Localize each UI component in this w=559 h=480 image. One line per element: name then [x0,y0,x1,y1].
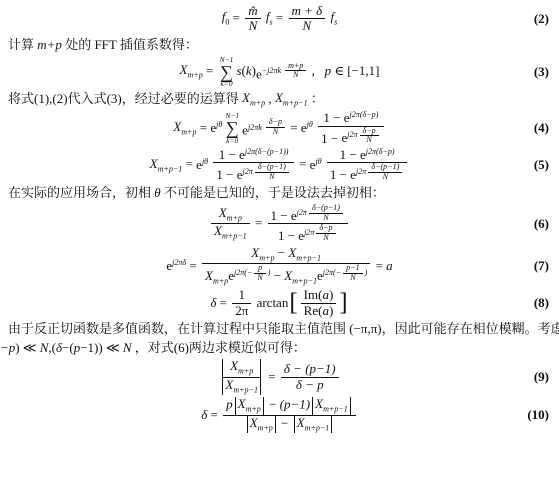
math-variable: N [245,18,260,33]
equation-2: f0 = m̂N fs = m + δN fs (2) [0,4,559,34]
math-variable: j2π [304,229,314,238]
math-group: 1 − ej2πδ−(p−1)N [327,162,407,182]
math-variable: m+p−1 [305,423,330,432]
math-text: 1 − [340,147,360,162]
math-variable: X [180,62,188,77]
math-fraction: δ−pN [316,224,335,243]
math-scripted: Xm+p−1 [284,268,317,283]
math-text: ) [329,287,333,302]
equation-3: Xm+p = N−1∑k=0s(k)e−j2πk m+pN , p ∈ [−1,… [0,56,559,89]
math-variable: δ − (p−1) [281,362,339,376]
math-variable: p [226,397,233,412]
math-scripted: Xm+p [242,91,265,108]
math-scripted: Xm+p [251,245,274,260]
math-group: Xm+p = N−1∑k=0s(k)e−j2πk m+pN , p ∈ [−1,… [180,56,380,89]
math-variable: N [309,213,343,223]
math-group: Xm+p − Xm+p−1 [202,246,370,263]
equation-8: δ = 12π arctan[Im(a)Re(a)] (8) [0,288,559,318]
math-scripted: ej2π(−pN) [228,268,270,283]
math-group: pXm+p − (p−1)Xm+p−1 [223,397,356,414]
math-group: j2π(−p−1N) [323,264,368,283]
math-text: , [308,64,324,79]
math-variable: N [254,273,265,283]
math-text: −( [62,341,74,356]
paragraph-compute-fft-text: 计算 m+p 处的 FFT 插值系数得： [8,37,198,52]
math-fraction: m + δN [289,4,326,34]
math-scripted: Xm+p [180,63,203,80]
math-fraction: δ−(p−1)N [255,163,289,182]
math-fraction: pN [254,264,265,283]
math-group: Xm+p − Xm+p−1 [223,415,356,433]
equation-7-formula: ej2πδ = Xm+p − Xm+p−1Xm+pej2π(−pN) − Xm+… [166,246,392,287]
math-variable: j2πk [248,123,264,132]
math-variable: N [40,341,49,356]
math-text: ) [329,303,333,318]
math-variable: m + δ [289,4,326,18]
math-variable: m+p−1 [233,385,258,394]
math-variable: N [368,172,402,182]
math-scripted: Xm+p [250,415,273,430]
math-scripted: e−j2πk m+pN [256,62,308,83]
math-group: −p) ≪ N,(δ−(p−1)) ≪ N ，对式(6)两边求模近似可得： [0,341,306,356]
math-variable: m+p [259,253,274,262]
math-variable: m+p [258,423,273,432]
paragraph-initial-phase: 在实际的应用场合，初相 θ 不可能是已知的，于是设法去掉初相： [0,185,559,201]
math-fraction: δ−pN [360,127,379,146]
math-text: = [197,121,211,136]
math-variable: m+p [246,405,261,414]
math-text: 处的 FFT 插值系数得： [62,38,198,53]
math-text: Re( [304,303,323,318]
math-variable: N [123,341,132,356]
equation-9: Xm+pXm+p−1 = δ − (p−1)δ − p (9) [0,359,559,395]
math-text: − [270,268,284,283]
math-variable: X [250,415,258,430]
math-scripted: Xm+p [238,396,261,411]
math-variable: δ−p [316,224,335,233]
math-variable: δ−(p−1) [368,163,402,172]
absolute-value: Xm+p−1 [312,397,351,414]
math-group: j2πδ−(p−1)N [297,204,345,223]
equation-9-formula: Xm+pXm+p−1 = δ − (p−1)δ − p [218,359,340,395]
math-group: 由于反正切函数是多值函数，在计算过程中只能取主值范围 (−π,π)，因此可能存在… [8,322,559,337]
math-scripted: f0 [222,10,230,27]
math-text: , [265,92,275,107]
equation-2-number: (2) [534,11,549,27]
math-variable: X [150,156,158,171]
equation-3-formula: Xm+p = N−1∑k=0s(k)e−j2πk m+pN , p ∈ [−1,… [180,56,380,89]
math-scripted: ejθ [210,120,222,136]
paragraph-initial-phase-text: 在实际的应用场合，初相 θ 不可能是已知的，于是设法去掉初相： [8,185,385,200]
math-variable: j2π(δ−p) [366,147,395,156]
equation-4-number: (4) [534,120,549,136]
math-variable: N [360,135,379,145]
equation-5-formula: Xm+p−1 = ejθ 1 − ej2π(δ−(p−1))1 − ej2πδ−… [150,148,410,183]
math-text: = [207,408,221,423]
absolute-value: Xm+p [235,397,264,414]
math-group: Im(a) [301,288,337,302]
math-group: ej2πδ = Xm+p − Xm+p−1Xm+pej2π(−pN) − Xm+… [166,246,392,287]
math-text: = [287,121,301,136]
math-group: Xm+pXm+p−1 = 1 − ej2πδ−(p−1)N1 − ej2πδ−p… [209,204,350,243]
math-scripted: Xm+p−1 [288,245,321,260]
math-scripted: ejθ [310,157,322,173]
math-variable: δ−(p−1) [309,204,343,213]
math-scripted: Xm+p [230,358,253,373]
math-scripted: ej2πδ−(p−1)N [350,167,404,182]
math-variable: m+p [37,38,62,53]
math-variable: a [386,259,393,274]
math-scripted: Xm+p [205,268,228,283]
math-text: = [216,296,230,311]
math-group: 1 − ej2π(δ−(p−1)) [213,148,293,162]
equation-10-formula: δ = pXm+p − (p−1)Xm+p−1Xm+p − Xm+p−1 [201,397,358,433]
math-text: 1 − [216,167,236,182]
math-group: 1 − ej2πδ−pN [268,223,348,243]
math-variable: X [205,268,213,283]
math-fraction: Im(a)Re(a) [301,288,337,318]
absolute-value: Xm+p [222,359,261,376]
math-variable: X [275,90,283,105]
math-variable: X [242,90,250,105]
math-text: − [266,397,280,412]
math-group: j2π(−pN) [234,264,270,283]
equation-6: Xm+pXm+p−1 = 1 − ej2πδ−(p−1)N1 − ej2πδ−p… [0,204,559,243]
math-fraction: δ−(p−1)N [309,204,343,223]
math-text: 1 − [271,208,291,223]
equation-6-number: (6) [534,216,549,232]
math-group: j2πδ−(p−1)N [243,163,291,182]
math-scripted: Xm+p−1 [225,377,258,392]
math-group: 计算 m+p 处的 FFT 插值系数得： [8,38,198,53]
math-variable: j2π(δ−(p−1)) [245,147,289,156]
math-group: −j2πk m+pN [262,62,309,81]
math-scripted: ej2π(−p−1N) [317,268,367,283]
math-text: arctan [253,296,288,311]
math-scripted: ej2πδ [166,258,186,274]
math-fraction: 1 − ej2π(δ−p)1 − ej2πδ−(p−1)N [327,148,407,183]
math-text: 由于反正切函数是多值函数，在计算过程中只能取主值范围 (−π,π)，因此可能存在… [8,322,559,337]
summation-symbol: N−1∑k=0 [225,112,239,145]
math-variable: m+p [188,71,203,80]
math-variable: j2π [356,168,366,177]
paragraph-approximation-condition-text: −p) ≪ N,(δ−(p−1)) ≪ N ，对式(6)两边求模近似可得： [0,340,306,355]
math-text: 1 − [330,167,350,182]
absolute-value: Xm+p−1 [222,377,261,395]
math-variable: j2π [347,131,357,140]
math-variable: X [238,396,246,411]
math-variable: j2π(δ−p) [350,110,379,119]
math-variable: m+p−1 [292,277,317,286]
math-text [322,157,325,172]
math-variable: m+p [238,367,253,376]
absolute-value: Xm+p−1 [294,416,333,433]
math-variable: m+p−1 [283,99,308,108]
math-fraction: δ−pN [266,118,285,137]
math-group: 1 − ej2πδ−(p−1)N [268,204,348,223]
math-fraction: pXm+p − (p−1)Xm+p−1Xm+p − Xm+p−1 [223,397,356,433]
math-scripted: Xm+p [173,120,196,137]
equation-9-number: (9) [534,369,549,385]
math-text: 1 − [321,130,341,145]
math-text: = [182,157,196,172]
math-variable: j2π(− [323,269,341,278]
math-text: ，对式(6)两边求模近似可得： [132,341,306,356]
math-scripted: ej2π(δ−p) [344,110,379,125]
math-variable: −p [0,341,15,356]
math-text: ) ≪ [15,341,39,356]
math-scripted: Xm+p−1 [297,415,330,430]
math-text: 2π [232,303,251,318]
equation-8-formula: δ = 12π arctan[Im(a)Re(a)] [210,288,348,318]
math-variable: −j2πk [262,66,283,75]
math-text: = [203,64,217,79]
math-text: = [186,259,200,274]
math-text: ,( [48,341,56,356]
math-scripted: ej2πk δ−pN [242,118,287,139]
math-group: j2πk δ−pN [248,118,287,137]
equation-7-number: (7) [534,258,549,274]
math-variable: m+p−1 [222,232,247,241]
math-fraction: Xm+pXm+p−1 [211,206,250,242]
math-group: j2πδ−pN [304,224,338,243]
math-fraction: 12π [232,288,251,318]
math-fraction: 1 − ej2π(δ−(p−1))1 − ej2πδ−(p−1)N [213,148,293,183]
math-scripted: ej2πδ−(p−1)N [291,208,345,223]
equation-7: ej2πδ = Xm+p − Xm+p−1Xm+pej2π(−pN) − Xm+… [0,246,559,287]
math-scripted: ej2πδ−pN [298,228,337,243]
math-text: = [296,157,310,172]
math-fraction: 1 − ej2πδ−(p−1)N1 − ej2πδ−pN [268,204,348,243]
math-text: 1 − [278,228,298,243]
math-text: = [265,370,279,385]
math-variable: N [255,172,289,182]
math-fraction: m̂N [245,4,260,34]
math-fraction: δ − (p−1)δ − p [281,362,339,392]
math-variable: δ−p [360,127,379,136]
math-text: 1 − [323,110,343,125]
math-scripted: ej2π(δ−p) [360,147,395,162]
math-variable: m̂ [245,4,260,18]
math-variable: j2πδ [172,258,186,267]
math-group: Xm+p−1 = ejθ 1 − ej2π(δ−(p−1))1 − ej2πδ−… [150,148,410,183]
math-group: δ = pXm+p − (p−1)Xm+p−1Xm+p − Xm+p−1 [201,397,358,433]
math-scripted: Xm+p−1 [315,396,348,411]
math-scripted: Xm+p−1 [211,223,250,241]
math-variable: X [214,223,222,238]
math-group: j2πδ−(p−1)N [356,163,404,182]
math-variable: jθ [216,120,222,129]
math-variable: X [297,415,305,430]
math-fraction: 1 − ej2π(δ−p)1 − ej2πδ−pN [318,111,384,146]
math-group: 1 − ej2πδ−(p−1)N [213,162,293,182]
math-scripted: Xm+p [211,206,250,223]
math-group: Xm+p = ejθN−1∑k=0ej2πk δ−pN = ejθ 1 − ej… [173,111,385,146]
paragraph-arctan-ambiguity: 由于反正切函数是多值函数，在计算过程中只能取主值范围 (−π,π)，因此可能存在… [0,321,559,337]
paper-page: f0 = m̂N fs = m + δN fs (2) 计算 m+p 处的 FF… [0,0,559,480]
equation-8-number: (8) [534,295,549,311]
math-scripted: fs [330,10,337,27]
paragraph-compute-fft: 计算 m+p 处的 FFT 插值系数得： [0,37,559,53]
math-text: 1 − [219,147,239,162]
equation-4: Xm+p = ejθN−1∑k=0ej2πk δ−pN = ejθ 1 − ej… [0,111,559,146]
math-group: δ = 12π arctan[Im(a)Re(a)] [210,288,348,318]
math-variable: δ−p [266,118,285,127]
math-text: 计算 [8,38,37,53]
math-variable: s [334,18,337,27]
math-variable: X [315,396,323,411]
math-group: j2πδ−pN [347,127,381,146]
math-text: 不可能是已知的，于是设法去掉初相： [161,186,385,201]
paragraph-arctan-ambiguity-text: 由于反正切函数是多值函数，在计算过程中只能取主值范围 (−π,π)，因此可能存在… [8,321,559,336]
math-variable: N [343,273,362,283]
math-variable: X [230,358,238,373]
math-variable: δ − p [281,377,339,392]
math-scripted: Xm+p−1 [275,91,308,108]
math-variable: δ−(p−1) [255,163,289,172]
equation-5: Xm+p−1 = ejθ 1 − ej2π(δ−(p−1))1 − ej2πδ−… [0,148,559,183]
math-text: Im( [304,287,323,302]
math-text: ∈ [−1,1] [331,64,379,79]
math-group: Re(a) [301,303,337,318]
math-text [208,157,211,172]
math-variable: m+p [250,99,265,108]
math-variable: m+p−1 [323,405,348,414]
equation-2-formula: f0 = m̂N fs = m + δN fs [222,4,337,34]
paragraph-substitute-text: 将式(1),(2)代入式(3)，经过必要的运算得 Xm+p , Xm+p−1 ： [8,91,324,106]
math-scripted: ejθ [301,120,313,136]
math-scripted: fs [266,10,273,27]
math-variable: m+p [181,128,196,137]
math-text: ： [308,92,324,107]
math-variable: j2π(− [234,269,252,278]
math-fraction: m+pN [285,62,306,81]
math-variable: X [219,205,227,220]
math-scripted: ejθ [196,157,208,173]
math-text: − [275,245,289,260]
math-variable: j2π [243,168,253,177]
math-variable: p−1 [343,264,362,273]
math-variable: N [316,233,335,243]
math-text: = [252,216,266,231]
math-text: −1)) ≪ [80,341,123,356]
math-variable: m+p [227,214,242,223]
math-fraction: p−1N [343,264,362,283]
math-text: 将式(1),(2)代入式(3)，经过必要的运算得 [8,92,242,107]
math-variable: p [254,264,265,273]
math-variable: m+p [285,62,306,71]
math-text: = [372,259,386,274]
math-variable: N [285,70,306,80]
math-group: 在实际的应用场合，初相 θ 不可能是已知的，于是设法去掉初相： [8,186,385,201]
equation-4-formula: Xm+p = ejθN−1∑k=0ej2πk δ−pN = ejθ 1 − ej… [173,111,385,146]
math-text: = [229,11,243,26]
math-text: 在实际的应用场合，初相 [8,186,154,201]
equation-6-formula: Xm+pXm+p−1 = 1 − ej2πδ−(p−1)N1 − ej2πδ−p… [209,204,350,243]
math-group: 1 − ej2π(δ−p) [318,111,384,125]
math-group: 1 − ej2π(δ−p) [327,148,407,162]
paragraph-approximation-condition: −p) ≪ N,(δ−(p−1)) ≪ N ，对式(6)两边求模近似可得： [0,340,559,356]
summation-symbol: N−1∑k=0 [220,56,234,89]
math-group: Xm+pej2π(−pN) − Xm+p−1ej2π(−p−1N) [202,263,370,286]
math-group: Xm+pXm+p−1 = δ − (p−1)δ − p [218,359,340,395]
math-scripted: Xm+p−1 [150,157,183,174]
math-variable: m+p−1 [296,253,321,262]
math-fraction: δ−(p−1)N [368,163,402,182]
absolute-value: Xm+p [247,416,276,433]
math-fraction: Xm+pXm+p−1 [220,359,263,395]
math-text: 1 [232,288,251,302]
math-scripted: ej2πδ−(p−1)N [237,167,291,182]
math-group: 将式(1),(2)代入式(3)，经过必要的运算得 Xm+p , Xm+p−1 ： [8,91,324,108]
math-group: f0 = m̂N fs = m + δN fs [222,4,337,34]
math-variable: m+p [213,277,228,286]
math-fraction: Xm+p − Xm+p−1Xm+pej2π(−pN) − Xm+p−1ej2π(… [202,246,370,287]
math-scripted: ej2π(δ−(p−1)) [239,147,288,162]
math-variable: N [289,18,326,33]
math-variable: j2π [297,209,307,218]
equation-3-number: (3) [534,64,549,80]
math-variable: m+p−1 [158,164,183,173]
math-text: − [278,415,292,430]
math-text [313,121,316,136]
equation-5-number: (5) [534,157,549,173]
math-group: 1 − ej2πδ−pN [318,126,384,146]
math-variable: N [266,127,285,137]
equation-10: δ = pXm+p − (p−1)Xm+p−1Xm+p − Xm+p−1 (10… [0,397,559,433]
paragraph-substitute: 将式(1),(2)代入式(3)，经过必要的运算得 Xm+p , Xm+p−1 ： [0,91,559,108]
math-variable: (p−1) [280,397,310,412]
math-scripted: ej2πδ−pN [341,130,380,145]
math-text: = [273,11,287,26]
equation-10-number: (10) [527,407,549,423]
math-variable: ) [365,269,368,278]
